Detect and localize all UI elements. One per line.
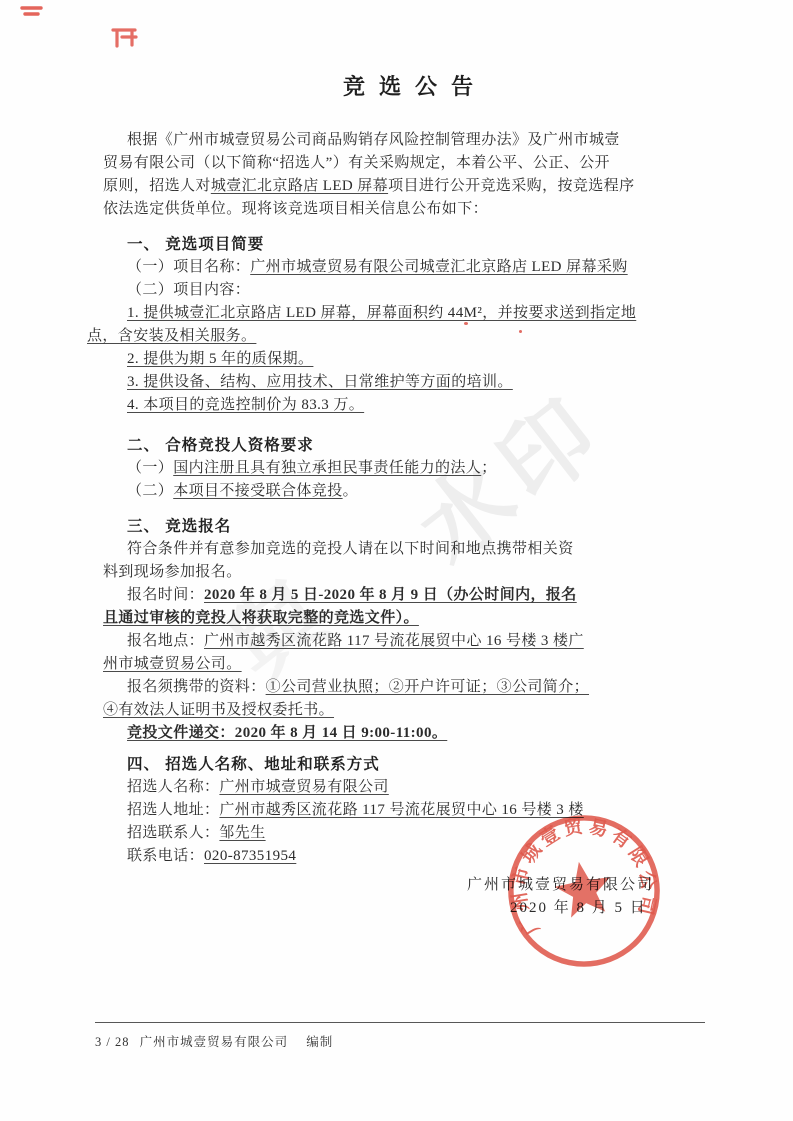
underlined-text: 020-87351954 [204, 848, 296, 864]
text-line: 州市城壹贸易公司。 [103, 653, 713, 676]
section-heading-2: 二、 合格竞投人资格要求 [103, 434, 713, 457]
underlined-text: 1. 提供城壹汇北京路店 LED 屏幕，屏幕面积约 44M²，并按要求送到指定地 [127, 305, 636, 321]
text-segment: 根据《广州市城壹贸易公司商品购销存风险控制管理办法》及广州市城壹 [127, 132, 620, 148]
underlined-text: 邹先生 [219, 825, 265, 841]
page-footer: 3 / 28 广州市城壹贸易有限公司 编制 [95, 1022, 705, 1050]
text-segment: 招选联系人： [127, 825, 219, 841]
underlined-text: 广州市越秀区流花路 117 号流花展贸中心 16 号楼 3 楼广 [204, 633, 584, 649]
text-segment: 联系电话： [127, 848, 204, 864]
text-segment: 招选人地址： [127, 802, 219, 818]
text-line: 且通过审核的竞投人将获取完整的竞选文件）。 [103, 607, 713, 630]
section-heading-4: 四、 招选人名称、地址和联系方式 [103, 753, 713, 776]
underlined-text: 4. 本项目的竞选控制价为 83.3 万。 [127, 397, 364, 413]
underlined-text: 且通过审核的竞投人将获取完整的竞选文件）。 [103, 610, 419, 626]
underlined-text: 2. 提供为期 5 年的质保期。 [127, 351, 313, 367]
text-line: 贸易有限公司（以下简称“招选人”）有关采购规定，本着公平、公正、公开 [103, 152, 713, 175]
text-line: 4. 本项目的竞选控制价为 83.3 万。 [103, 394, 713, 417]
text-segment: 报名地点： [127, 633, 204, 649]
text-line: 报名地点：广州市越秀区流花路 117 号流花展贸中心 16 号楼 3 楼广 [103, 630, 713, 653]
company-seal: 广州市城壹贸易有限公司 [492, 799, 675, 982]
text-line: （二）本项目不接受联合体竞投。 [103, 480, 713, 503]
section-heading-1: 一、 竞选项目简要 [103, 233, 713, 256]
section-3-body: 符合条件并有意参加竞选的竞投人请在以下时间和地点携带相关资料到现场参加报名。报名… [103, 538, 713, 745]
text-line: 料到现场参加报名。 [103, 561, 713, 584]
underlined-text: 2020 年 8 月 5 日-2020 年 8 月 9 日（办公时间内，报名 [204, 587, 577, 603]
text-line: 根据《广州市城壹贸易公司商品购销存风险控制管理办法》及广州市城壹 [103, 129, 713, 152]
document-column: 竞选公告 根据《广州市城壹贸易公司商品购销存风险控制管理办法》及广州市城壹贸易有… [103, 0, 713, 920]
text-line: （一）项目名称：广州市城壹贸易有限公司城壹汇北京路店 LED 屏幕采购 [103, 256, 713, 279]
text-segment: ； [481, 460, 496, 476]
text-line: 报名须携带的资料：①公司营业执照；②开户许可证；③公司简介； [103, 676, 713, 699]
text-segment: （二） [127, 483, 173, 499]
underlined-text: 点，含安装及相关服务。 [87, 328, 256, 344]
text-line: 竞投文件递交：2020 年 8 月 14 日 9:00-11:00。 [103, 722, 713, 745]
text-segment: 依法选定供货单位。现将该竞选项目相关信息公布如下： [103, 201, 488, 217]
underlined-text: 广州市城壹贸易有限公司 [219, 779, 388, 795]
text-line: 符合条件并有意参加竞选的竞投人请在以下时间和地点携带相关资 [103, 538, 713, 561]
section-1-body: （一）项目名称：广州市城壹贸易有限公司城壹汇北京路店 LED 屏幕采购（二）项目… [103, 256, 713, 417]
footer-label: 编制 [306, 1035, 333, 1049]
text-line: 2. 提供为期 5 年的质保期。 [103, 348, 713, 371]
text-line: 1. 提供城壹汇北京路店 LED 屏幕，屏幕面积约 44M²，并按要求送到指定地 [103, 302, 713, 325]
text-line: 招选人名称：广州市城壹贸易有限公司 [103, 776, 713, 799]
underlined-text: 城壹汇北京路店 LED 屏幕 [211, 178, 388, 194]
underlined-text: 国内注册且具有独立承担民事责任能力的法人 [173, 460, 481, 476]
document-body: 根据《广州市城壹贸易公司商品购销存风险控制管理办法》及广州市城壹贸易有限公司（以… [103, 129, 713, 868]
text-line: 报名时间：2020 年 8 月 5 日-2020 年 8 月 9 日（办公时间内… [103, 584, 713, 607]
text-segment: （一） [127, 460, 173, 476]
underlined-text: ①公司营业执照；②开户许可证；③公司简介； [266, 679, 589, 695]
underlined-text: 本项目不接受联合体竞投 [173, 483, 342, 499]
text-segment: 招选人名称： [127, 779, 219, 795]
text-line: 3. 提供设备、结构、应用技术、日常维护等方面的培训。 [103, 371, 713, 394]
red-speck [464, 322, 468, 325]
underlined-text: 州市城壹贸易公司。 [103, 656, 242, 672]
text-segment: 报名时间： [127, 587, 204, 603]
document-title: 竞选公告 [103, 70, 713, 101]
text-segment: 料到现场参加报名。 [103, 564, 242, 580]
red-ink-mark [20, 4, 46, 20]
red-speck [519, 330, 522, 333]
text-line: 依法选定供货单位。现将该竞选项目相关信息公布如下： [103, 198, 713, 221]
text-segment: 贸易有限公司（以下简称“招选人”）有关采购规定，本着公平、公正、公开 [103, 155, 610, 171]
seal-star-icon [551, 857, 616, 920]
text-line: ④有效法人证明书及授权委托书。 [103, 699, 713, 722]
footer-company: 广州市城壹贸易有限公司 [140, 1035, 289, 1049]
scanned-document-page: 水印 與 竞选公告 根据《广州市城壹贸易公司商品购销存风险控制管理办法》及广州市… [0, 0, 793, 1121]
underlined-text: 3. 提供设备、结构、应用技术、日常维护等方面的培训。 [127, 374, 513, 390]
text-segment: 报名须携带的资料： [127, 679, 266, 695]
text-line: 原则，招选人对城壹汇北京路店 LED 屏幕项目进行公开竞选采购，按竞选程序 [103, 175, 713, 198]
page-number: 3 / 28 [95, 1035, 129, 1049]
text-segment: （一）项目名称： [127, 259, 250, 275]
text-line: （一）国内注册且具有独立承担民事责任能力的法人； [103, 457, 713, 480]
text-line: 点，含安装及相关服务。 [87, 325, 713, 348]
underlined-text: ④有效法人证明书及授权委托书。 [103, 702, 334, 718]
text-segment: 符合条件并有意参加竞选的竞投人请在以下时间和地点携带相关资 [127, 541, 574, 557]
section-2-body: （一）国内注册且具有独立承担民事责任能力的法人；（二）本项目不接受联合体竞投。 [103, 457, 713, 503]
text-segment: 项目进行公开竞选采购，按竞选程序 [388, 178, 634, 194]
underlined-text: 广州市城壹贸易有限公司城壹汇北京路店 LED 屏幕采购 [250, 259, 627, 275]
section-heading-3: 三、 竞选报名 [103, 515, 713, 538]
red-ink-mark [110, 26, 140, 50]
text-line: （二）项目内容： [103, 279, 713, 302]
text-segment: 。 [343, 483, 358, 499]
text-segment: （二）项目内容： [127, 282, 250, 298]
text-segment: 原则，招选人对 [103, 178, 211, 194]
underlined-text: 竞投文件递交：2020 年 8 月 14 日 9:00-11:00。 [127, 725, 447, 741]
underlined-text: 广州市越秀区流花路 117 号流花展贸中心 16 号楼 3 楼 [219, 802, 583, 818]
intro-paragraph: 根据《广州市城壹贸易公司商品购销存风险控制管理办法》及广州市城壹贸易有限公司（以… [103, 129, 713, 221]
